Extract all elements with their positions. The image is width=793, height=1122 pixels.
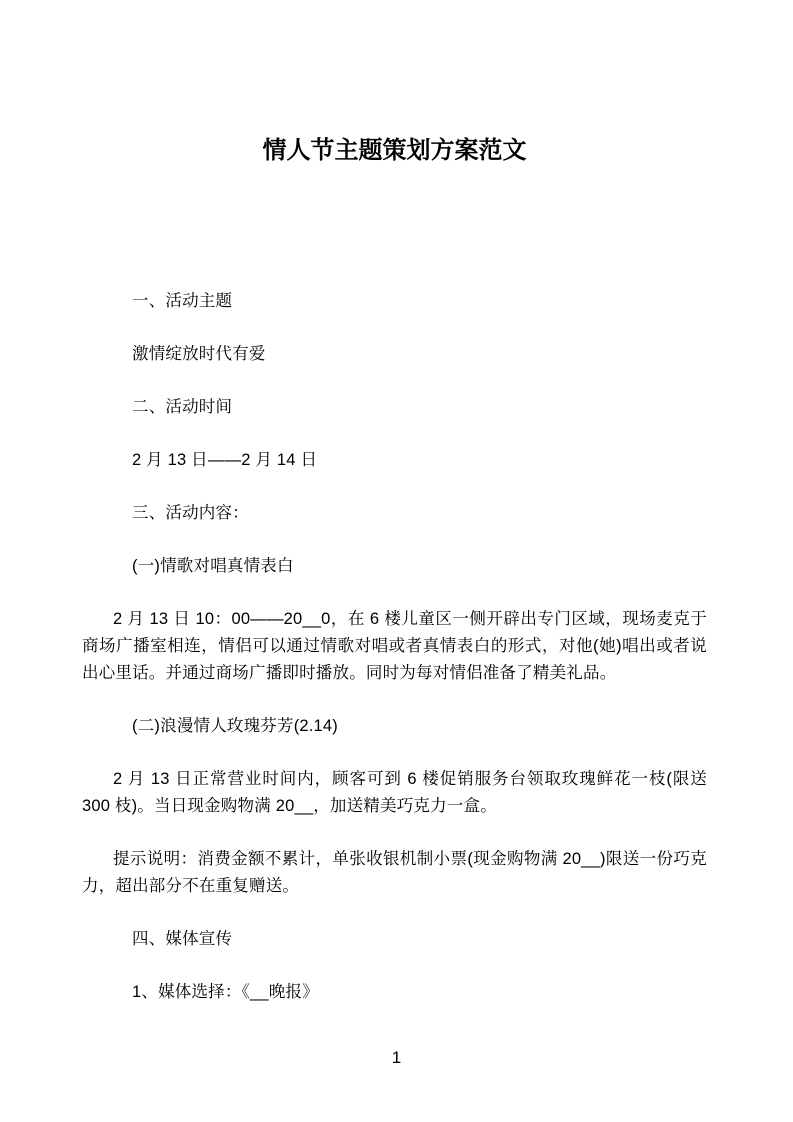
document-title: 情人节主题策划方案范文 [82, 134, 707, 168]
text-media-selection: 1、媒体选择：《__晚报》 [82, 979, 707, 1006]
text-activity-theme-value: 激情绽放时代有爱 [82, 341, 707, 368]
heading-subsection-2-romantic-rose: (二)浪漫情人玫瑰芬芳(2.14) [82, 713, 707, 740]
page-number: 1 [0, 1046, 793, 1070]
heading-section-4-media-publicity: 四、媒体宣传 [82, 926, 707, 953]
paragraph-rose-giveaway-detail: 2 月 13 日正常营业时间内，顾客可到 6 楼促销服务台领取玫瑰鲜花一枝(限送… [82, 766, 707, 820]
heading-section-2-activity-time: 二、活动时间 [82, 394, 707, 421]
text-activity-time-value: 2 月 13 日——2 月 14 日 [82, 447, 707, 474]
heading-subsection-1-song-confession: (一)情歌对唱真情表白 [82, 553, 707, 580]
heading-section-3-activity-content: 三、活动内容： [82, 500, 707, 527]
paragraph-song-confession-detail: 2 月 13 日 10：00——20__0，在 6 楼儿童区一侧开辟出专门区域，… [82, 606, 707, 687]
paragraph-notice-detail: 提示说明：消费金额不累计，单张收银机制小票(现金购物满 20__)限送一份巧克力… [82, 846, 707, 900]
document-page: 情人节主题策划方案范文 一、活动主题 激情绽放时代有爱 二、活动时间 2 月 1… [0, 0, 793, 1122]
heading-section-1-activity-theme: 一、活动主题 [82, 288, 707, 315]
